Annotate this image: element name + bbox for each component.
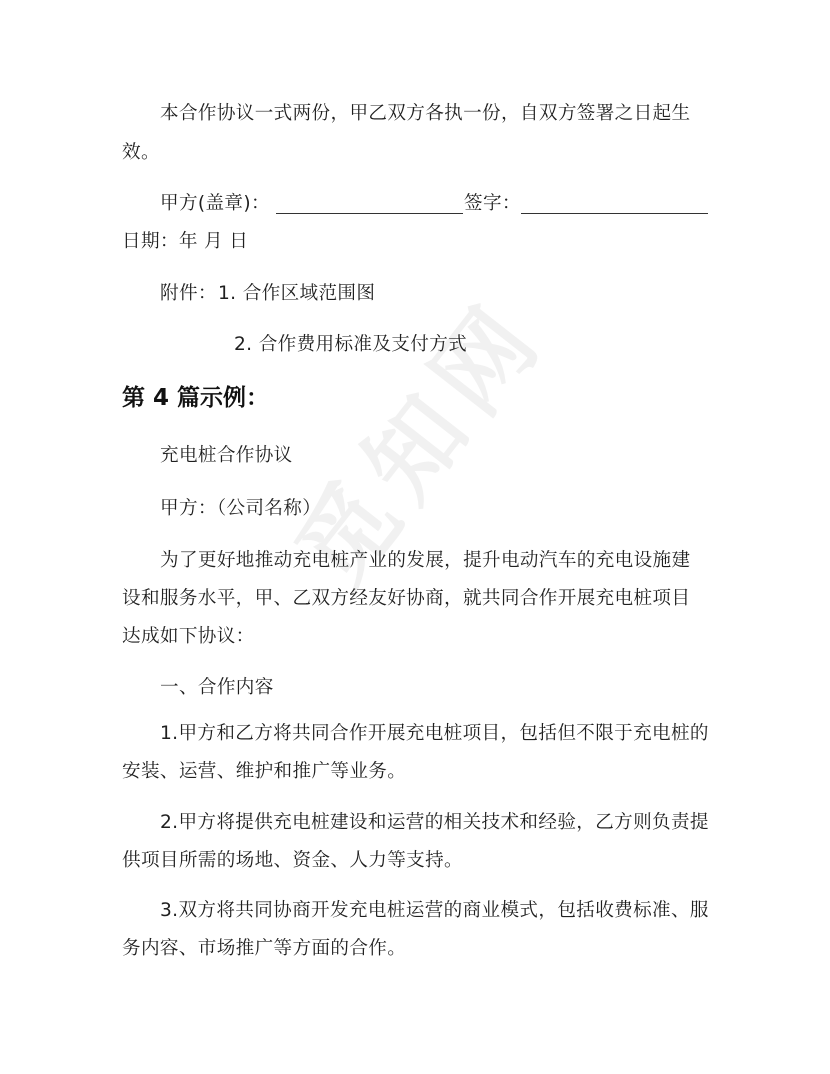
clause-2-line-1: 2.甲方将提供充电桩建设和运营的相关技术和经验，乙方则负责提 [160,811,709,835]
preamble-line-2: 设和服务水平，甲、乙双方经友好协商，就共同合作开展充电桩项目 [122,587,690,611]
agreement-title: 充电桩合作协议 [160,444,293,468]
attachment-item-2: 2. 合作费用标准及支付方式 [234,333,467,357]
clause-3-line-2: 务内容、市场推广等方面的合作。 [122,937,406,961]
attachment-item-1: 1. 合作区域范围图 [218,282,375,306]
clause-1-line-2: 安装、运营、维护和推广等业务。 [122,760,406,784]
clause-2-line-2: 供项目所需的场地、资金、人力等支持。 [122,849,463,873]
preamble-line-1: 为了更好地推动充电桩产业的发展，提升电动汽车的充电设施建 [160,549,690,573]
attachments-label: 附件： [160,282,217,306]
section-heading: 第 4 篇示例： [122,384,269,412]
date-label: 日期：年 月 日 [122,230,248,254]
clause-1-line-1: 1.甲方和乙方将共同合作开展充电桩项目，包括但不限于充电桩的 [160,722,709,746]
document-page: 觅知网 本合作协议一式两份，甲乙双方各执一份，自双方签署之日起生 效。 甲方(盖… [0,0,830,1074]
section-1-title: 一、合作内容 [160,676,274,700]
party-a-line: 甲方：（公司名称） [160,497,321,521]
clause-3-line-1: 3.双方将共同协商开发充电桩运营的商业模式，包括收费标准、服 [160,899,709,923]
closing-paragraph-line-1: 本合作协议一式两份，甲乙双方各执一份，自双方签署之日起生 [160,102,690,126]
signature-blank [521,213,708,214]
party-a-seal-blank [276,213,463,214]
signature-label: 签字： [464,192,521,216]
preamble-line-3: 达成如下协议： [122,625,255,649]
closing-paragraph-line-2: 效。 [122,141,160,165]
party-a-seal-label: 甲方(盖章)： [160,192,270,216]
